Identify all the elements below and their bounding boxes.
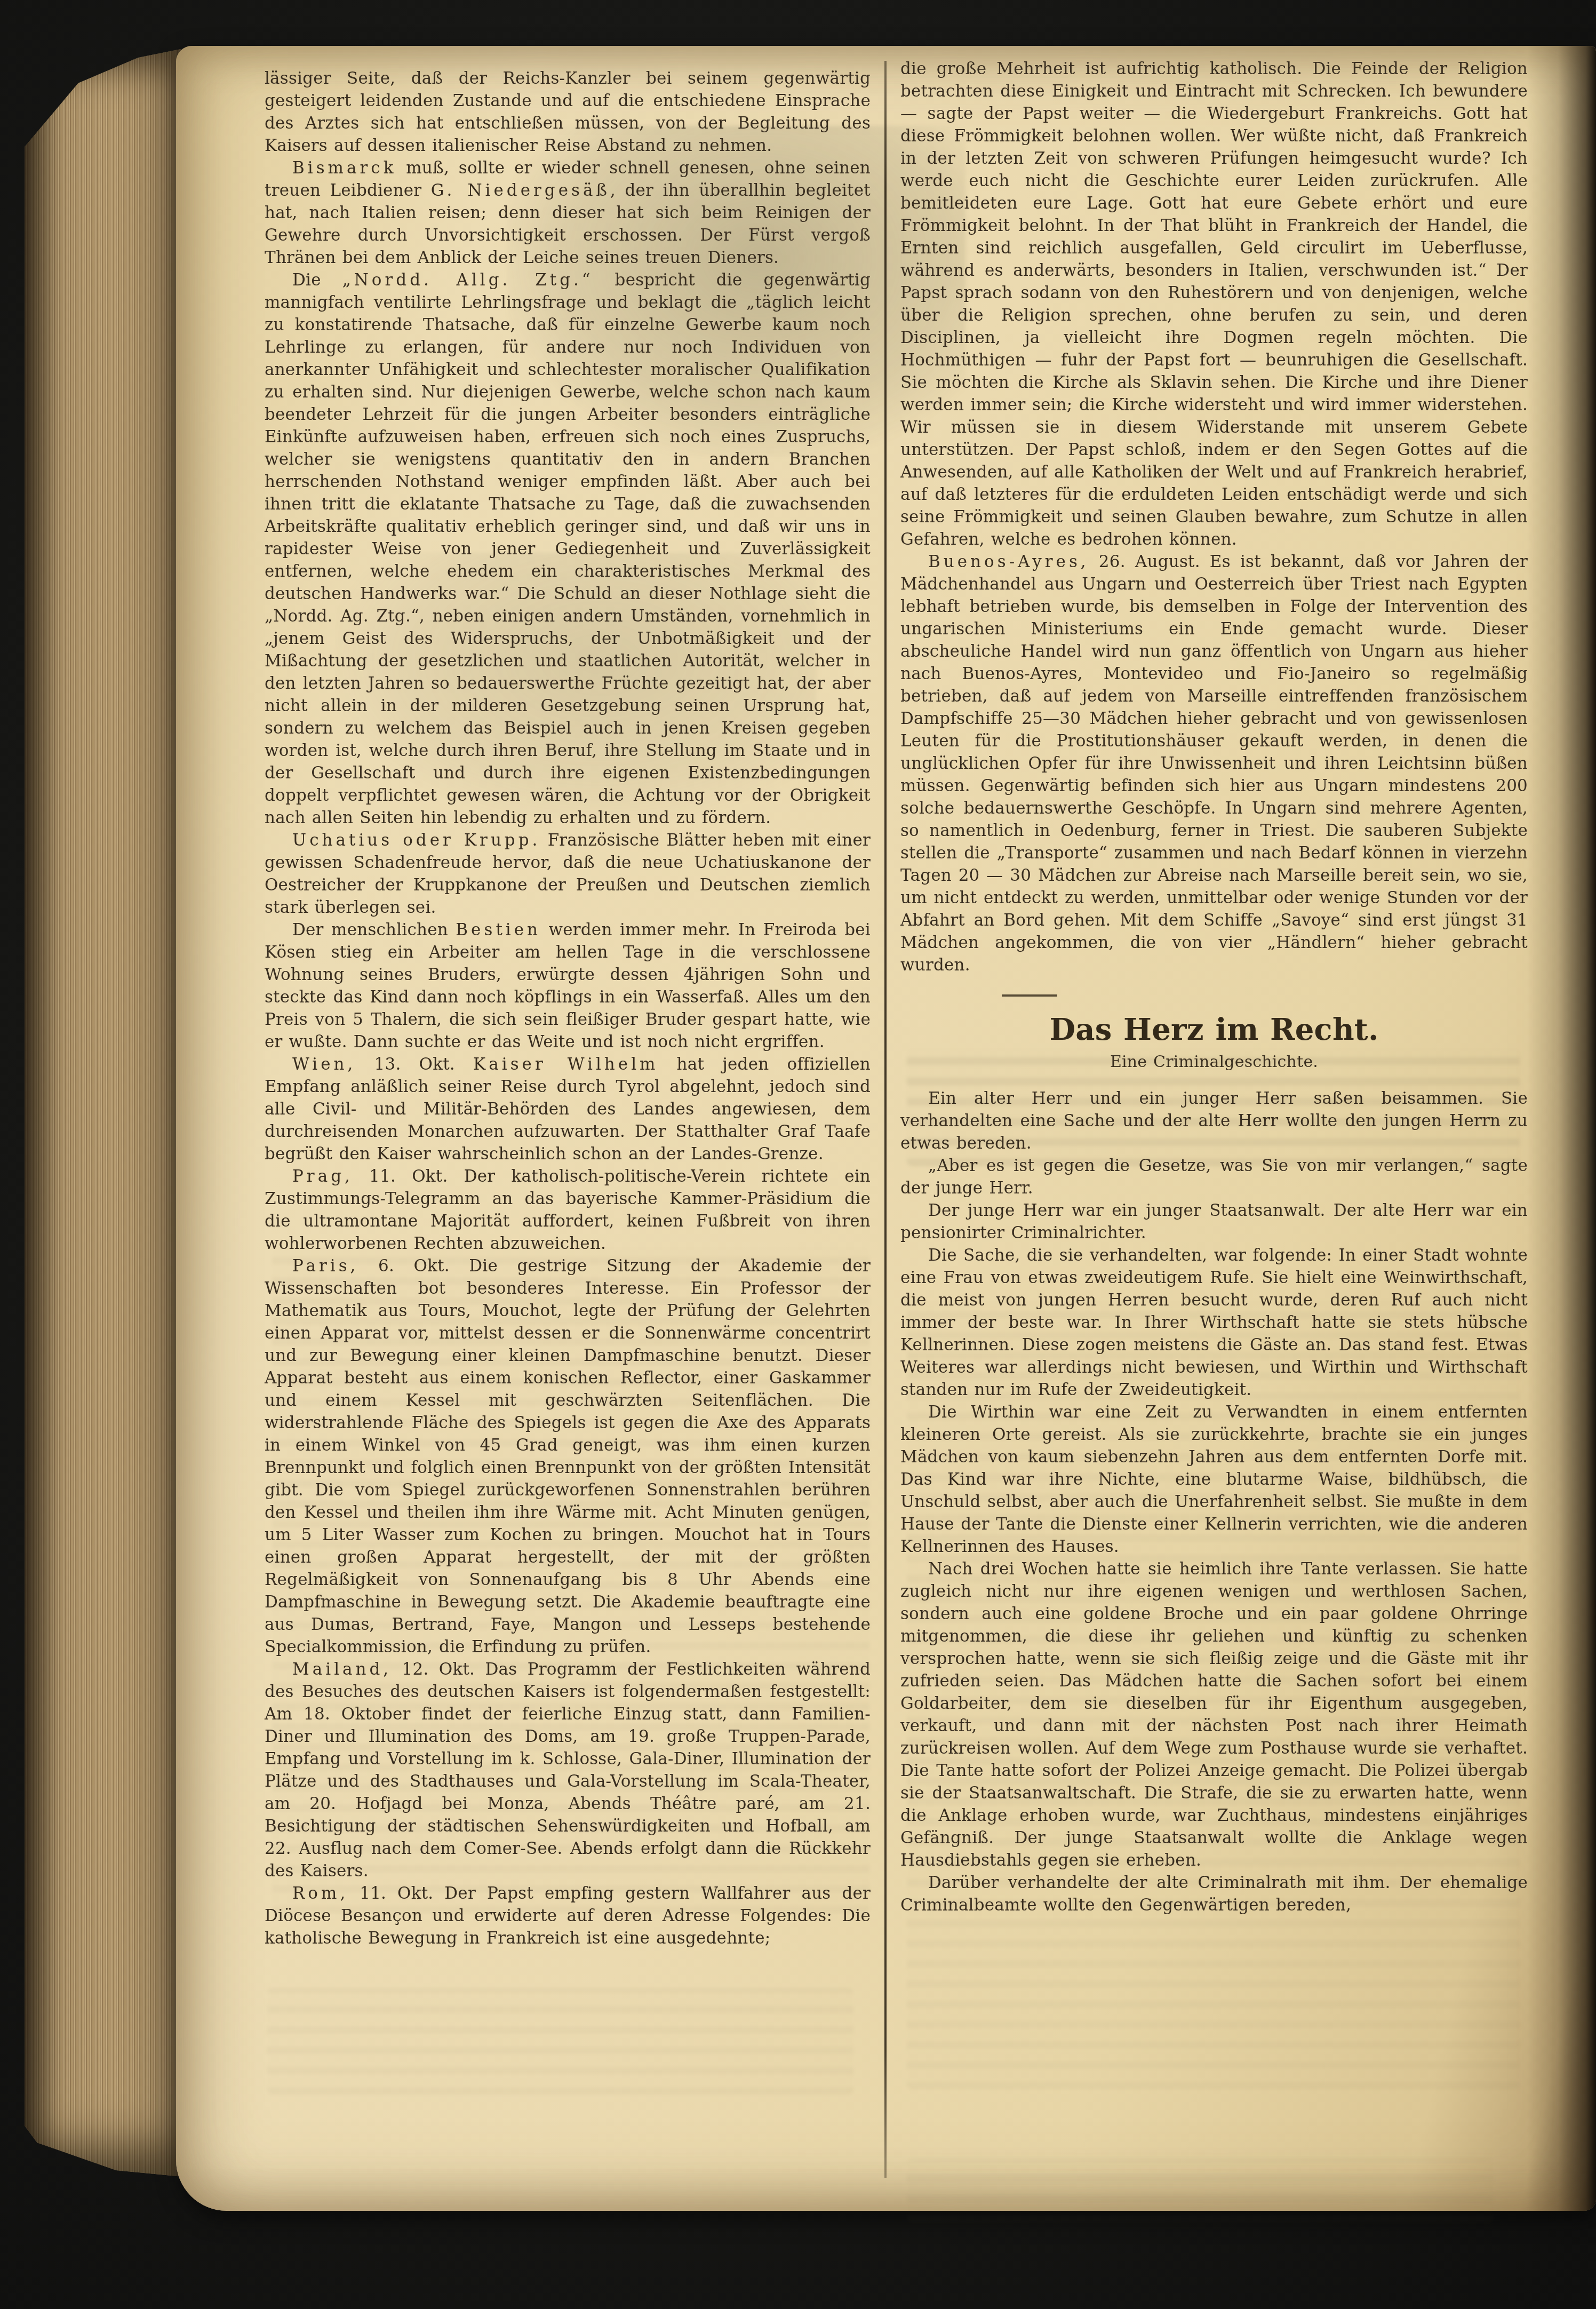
article-paragraph: Die „Nordd. Allg. Ztg.“ bespricht die ge… [265, 269, 871, 829]
body-text: die große Mehrheit ist aufrichtig kathol… [900, 59, 1528, 549]
right-text-column: die große Mehrheit ist aufrichtig kathol… [900, 58, 1528, 2186]
article-paragraph: Ein alter Herr und ein junger Herr saßen… [900, 1087, 1528, 1154]
dateline-spaced-text: Mailand, [292, 1660, 392, 1679]
story-subtitle: Eine Criminalgeschichte. [900, 1051, 1528, 1073]
dateline-spaced-text: Uchatius oder Krupp. [292, 831, 540, 850]
article-paragraph: Buenos-Ayres, 26. August. Es ist bekannt… [900, 551, 1528, 976]
body-text: Die Sache, die sie verhandelten, war fol… [900, 1246, 1528, 1399]
body-text: Ein alter Herr und ein junger Herr saßen… [900, 1089, 1528, 1153]
article-paragraph: Wien, 13. Okt. Kaiser Wilhelm hat jeden … [265, 1053, 871, 1165]
body-text: Der junge Herr war ein junger Staatsanwa… [900, 1201, 1528, 1243]
dateline-spaced-text: „Nordd. Allg. Ztg.“ [342, 270, 594, 290]
body-text: 11. Okt. Der katholisch-politische-Verei… [265, 1167, 871, 1253]
article-paragraph: Rom, 11. Okt. Der Papst empfing gestern … [265, 1882, 871, 1949]
dateline-spaced-text: Paris, [292, 1256, 358, 1276]
photo-of-newspaper-page: { "document": { "language": "German", "s… [0, 0, 1596, 2309]
article-paragraph: Paris, 6. Okt. Die gestrige Sitzung der … [265, 1255, 871, 1658]
article-paragraph: Die Wirthin war eine Zeit zu Verwandten … [900, 1401, 1528, 1558]
article-paragraph: Nach drei Wochen hatte sie heimlich ihre… [900, 1558, 1528, 1872]
article-paragraph: Darüber verhandelte der alte Criminalrat… [900, 1872, 1528, 1916]
body-text: Der menschlichen [292, 920, 456, 939]
article-paragraph: Der junge Herr war ein junger Staatsanwa… [900, 1199, 1528, 1244]
article-paragraph: Mailand, 12. Okt. Das Programm der Festl… [265, 1658, 871, 1882]
body-text: Darüber verhandelte der alte Criminalrat… [900, 1873, 1528, 1915]
body-text: 6. Okt. Die gestrige Sitzung der Akademi… [265, 1256, 871, 1657]
article-paragraph: Der menschlichen Bestien werden immer me… [265, 919, 871, 1053]
dateline-spaced-text: G. Niedergesäß [431, 181, 610, 200]
section-divider-rule [1002, 994, 1057, 997]
newspaper-page: lässiger Seite, daß der Reichs-Kanzler b… [176, 46, 1596, 2211]
dateline-spaced-text: Bestien [456, 920, 541, 939]
article-paragraph: Uchatius oder Krupp. Französische Blätte… [265, 829, 871, 919]
book-fore-edge-pages [25, 49, 182, 2177]
dateline-spaced-text: Prag, [292, 1167, 353, 1186]
dateline-spaced-text: Kaiser Wilhelm [473, 1055, 658, 1074]
body-text: 11. Okt. Der Papst empfing gestern Wallf… [265, 1884, 871, 1948]
body-text: 13. Okt. [356, 1055, 473, 1074]
body-text: Die [292, 270, 342, 290]
body-text: werden immer mehr. In Freiroda bei Kösen… [265, 920, 871, 1052]
body-text: lässiger Seite, daß der Reichs-Kanzler b… [265, 69, 871, 155]
body-text: 12. Okt. Das Programm der Festlichkeiten… [265, 1660, 871, 1881]
body-text: „Aber es ist gegen die Gesetze, was Sie … [900, 1156, 1528, 1198]
column-divider-rule [884, 61, 887, 2178]
dateline-spaced-text: Bismarck [292, 158, 396, 178]
article-paragraph: Die Sache, die sie verhandelten, war fol… [900, 1244, 1528, 1401]
article-paragraph: „Aber es ist gegen die Gesetze, was Sie … [900, 1154, 1528, 1199]
article-paragraph: Prag, 11. Okt. Der katholisch-politische… [265, 1165, 871, 1255]
dateline-spaced-text: Buenos-Ayres, [928, 552, 1089, 571]
dateline-spaced-text: Rom, [292, 1884, 348, 1903]
body-text: Nach drei Wochen hatte sie heimlich ihre… [900, 1559, 1528, 1870]
body-text: 26. August. Es ist bekannt, daß vor Jahr… [900, 552, 1528, 975]
story-title: Das Herz im Recht. [900, 1013, 1528, 1047]
article-paragraph: Bismarck muß, sollte er wieder schnell g… [265, 157, 871, 269]
article-paragraph: lässiger Seite, daß der Reichs-Kanzler b… [265, 67, 871, 157]
body-text: bespricht die gegenwärtig mannigfach ven… [265, 270, 871, 827]
dateline-spaced-text: Wien, [292, 1055, 356, 1074]
body-text: Die Wirthin war eine Zeit zu Verwandten … [900, 1403, 1528, 1556]
article-paragraph: die große Mehrheit ist aufrichtig kathol… [900, 58, 1528, 551]
left-text-column: lässiger Seite, daß der Reichs-Kanzler b… [265, 67, 871, 2169]
